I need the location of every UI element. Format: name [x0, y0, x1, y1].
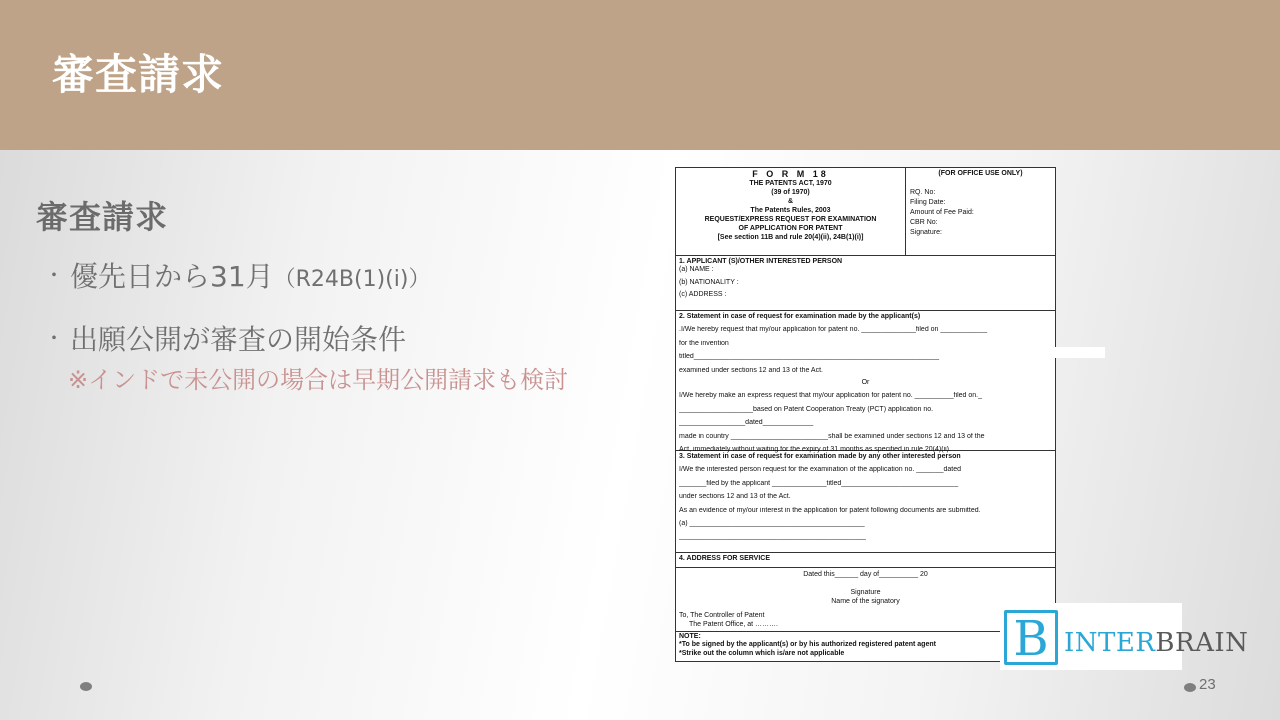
page-number: 23 [1199, 676, 1216, 693]
section-heading: 1. APPLICANT (S)/OTHER INTERESTED PERSON [679, 258, 1052, 266]
form-line: under sections 12 and 13 of the Act. [679, 493, 1052, 501]
logo-wordmark: INTERBRAIN [1064, 628, 1248, 658]
form-line: titled__________________________________… [679, 353, 1052, 361]
form-signature-block: Dated this______ day of__________ 20 Sig… [676, 568, 1055, 632]
form-line: As an evidence of my/our interest in the… [679, 507, 1052, 515]
form-line: _________________dated_____________ [679, 419, 1052, 427]
form-line: ___________________based on Patent Coope… [679, 406, 1052, 414]
form-line: made in country ________________________… [679, 433, 1052, 441]
form-line: examined under sections 12 and 13 of the… [679, 367, 1052, 375]
form-ref: [See section 11B and rule 20(4)(ii), 24B… [676, 233, 905, 242]
logo-text-brain: BRAIN [1155, 628, 1248, 658]
form-section-1: 1. APPLICANT (S)/OTHER INTERESTED PERSON… [676, 256, 1055, 311]
logo-text-inter: INTER [1064, 628, 1155, 658]
note-line: *To be signed by the applicant(s) or by … [679, 641, 1052, 649]
image-crop-artifact [1010, 347, 1105, 358]
form-signature: Signature [679, 589, 1052, 597]
footer-dot-icon [80, 682, 92, 691]
section-heading: 3. Statement in case of request for exam… [679, 453, 1052, 461]
bullet-reference: （R24B(1)(i)） [274, 267, 431, 292]
form-line: (a) ____________________________________… [679, 520, 1052, 528]
form-act-no: (39 of 1970) [676, 188, 905, 197]
form-18-image: F O R M 18 THE PATENTS ACT, 1970 (39 of … [675, 167, 1056, 662]
note-line: *Strike out the column which is/are not … [679, 650, 1052, 658]
form-number: F O R M 18 [676, 170, 905, 179]
form-to: To, The Controller of Patent [679, 612, 1052, 620]
form-line: ________________________________________… [679, 533, 1052, 541]
form-header: F O R M 18 THE PATENTS ACT, 1970 (39 of … [676, 168, 1055, 256]
form-line: I/We hereby make an express request that… [679, 392, 1052, 400]
bullet-item: ・優先日から31月（R24B(1)(i)） [44, 255, 430, 295]
bullet-dot-icon: ・ [44, 263, 64, 287]
office-heading: (FOR OFFICE USE ONLY) [910, 170, 1051, 178]
form-section-3: 3. Statement in case of request for exam… [676, 451, 1055, 553]
form-section-4: 4. ADDRESS FOR SERVICE [676, 553, 1055, 568]
form-line: for the invention [679, 340, 1052, 348]
form-note: NOTE: *To be signed by the applicant(s) … [676, 632, 1055, 659]
form-title-block: F O R M 18 THE PATENTS ACT, 1970 (39 of … [676, 168, 906, 255]
bullet-item: ・出願公開が審査の開始条件 [44, 318, 406, 358]
office-field: RQ. No: [910, 188, 1051, 198]
bullet-note: ※インドで未公開の場合は早期公開請求も検討 [68, 360, 568, 395]
form-field: (a) NAME : [679, 266, 1052, 274]
form-dated: Dated this______ day of__________ 20 [679, 571, 1052, 579]
slide-title: 審査請求 [52, 42, 224, 102]
form-field: (c) ADDRESS : [679, 291, 1052, 299]
slide-header: 審査請求 [0, 0, 1280, 150]
form-title-2: OF APPLICATION FOR PATENT [676, 224, 905, 233]
form-field: (b) NATIONALITY : [679, 279, 1052, 287]
office-use-block: (FOR OFFICE USE ONLY) RQ. No: Filing Dat… [906, 168, 1055, 255]
office-field: Filing Date: [910, 198, 1051, 208]
office-field: CBR No: [910, 218, 1051, 228]
note-heading: NOTE: [679, 633, 1052, 641]
form-section-2: 2. Statement in case of request for exam… [676, 311, 1055, 451]
bullet-text: 優先日から31月 [70, 260, 274, 293]
bullet-dot-icon: ・ [44, 326, 64, 350]
office-field: Amount of Fee Paid: [910, 208, 1051, 218]
footer-dot-icon [1184, 683, 1196, 692]
office-field: Signature: [910, 228, 1051, 238]
form-line: _______filed by the applicant __________… [679, 480, 1052, 488]
form-to-office: The Patent Office, at ………. [679, 621, 1052, 629]
form-act: THE PATENTS ACT, 1970 [676, 179, 905, 188]
form-title-1: REQUEST/EXPRESS REQUEST FOR EXAMINATION [676, 215, 905, 224]
form-line: .I/We hereby request that my/our applica… [679, 326, 1052, 334]
logo-b-icon: B [1004, 610, 1058, 665]
form-amp: & [676, 197, 905, 206]
bullet-text: 出願公開が審査の開始条件 [70, 323, 406, 356]
section-heading: 4. ADDRESS FOR SERVICE [679, 555, 1052, 563]
form-or: Or [679, 379, 1052, 387]
section-heading: 2. Statement in case of request for exam… [679, 313, 1052, 321]
form-line: I/We the interested person request for t… [679, 466, 1052, 474]
form-rules: The Patents Rules, 2003 [676, 206, 905, 215]
form-signatory: Name of the signatory [679, 598, 1052, 606]
section-heading: 審査請求 [36, 192, 168, 238]
